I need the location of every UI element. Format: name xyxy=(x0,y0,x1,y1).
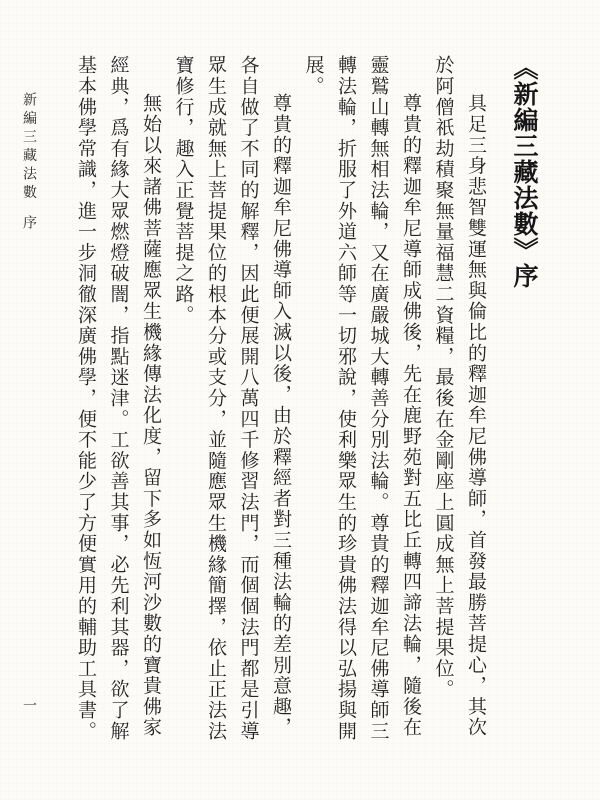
paragraph-2: 尊貴的釋迦牟尼導師成佛後，先在鹿野苑對五比丘轉四諦法輪，隨後在靈鷲山轉無相法輪，… xyxy=(296,55,426,742)
paragraph-4: 無始以來諸佛菩薩應眾生機緣傳法化度，留下多如恆河沙數的寶貴佛家經典，爲有緣大眾燃… xyxy=(69,55,167,742)
page-title: 《新編三藏法數》序 xyxy=(503,55,543,742)
paragraph-3: 尊貴的釋迦牟尼佛導師入滅以後，由於釋經者對三種法輪的差別意趣，各自做了不同的解釋… xyxy=(166,55,296,742)
book-page: 《新編三藏法數》序 具足三身悲智雙運無與倫比的釋迦牟尼佛導師，首發最勝菩提心，其… xyxy=(0,0,600,800)
page-number: 一 xyxy=(18,698,38,712)
running-title-book: 新編三藏法數 xyxy=(21,92,36,203)
paragraph-1: 具足三身悲智雙運無與倫比的釋迦牟尼佛導師，首發最勝菩提心，其次於阿僧祇劫積聚無量… xyxy=(426,55,491,742)
running-title: 新編三藏法數序 xyxy=(18,92,38,234)
text-area: 《新編三藏法數》序 具足三身悲智雙運無與倫比的釋迦牟尼佛導師，首發最勝菩提心，其… xyxy=(43,55,543,742)
running-title-section: 序 xyxy=(21,215,36,234)
